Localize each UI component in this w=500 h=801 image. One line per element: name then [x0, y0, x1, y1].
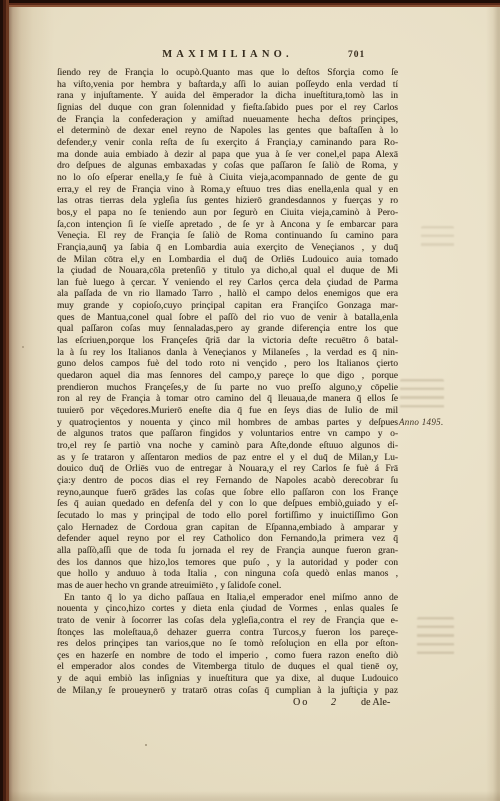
text-line: y quatroçientos y nouenta y çinco mil ho…: [57, 418, 398, 430]
text-line: ſa,con intençion ſi ſe vieſſe apretado ,…: [57, 220, 398, 232]
text-line: ques de Mantua,conel qual ſobre el paſſò…: [57, 313, 398, 325]
text-line: muy grande y copioſo,cuyo prinçipal capi…: [57, 301, 398, 313]
text-line: ma donde auia embiado à dezir al papa qu…: [57, 150, 398, 162]
text-line: el emperador alos condes de Vitemberga t…: [57, 662, 398, 674]
text-line: de Milan,y ſe proueynerō y tratarō otras…: [57, 686, 398, 698]
book-binding-gutter: [0, 0, 9, 801]
text-line: prendieron muchos Françeſes,y de ſu part…: [57, 383, 398, 395]
text-line: erra,y el rey de Françia vino à Roma,y e…: [57, 185, 398, 197]
margin-note-anno: Anno 1495.: [399, 417, 444, 427]
running-title: MAXIMILIANO.: [162, 49, 293, 60]
text-line: Veneçia. El rey de Françia ſe ſaliò de R…: [57, 231, 398, 243]
text-line: çes en hazerſe en nombre de todo el impe…: [57, 651, 398, 663]
text-line: guno delos campos fuè del todo roto ni v…: [57, 359, 398, 371]
text-line: de Françia la confederaçion y amiſtad nu…: [57, 115, 398, 127]
text-line: ha viſto,venia por hembra y baſtarda,y a…: [57, 80, 398, 92]
show-through-marks: [421, 226, 454, 251]
text-line: la çiudad de Nouara,cōla pretenſiō y tit…: [57, 266, 398, 278]
text-line: ala paſſada de vn rio llamado Tarro , ha…: [57, 289, 398, 301]
text-line: ſes q̄ auian quedado en defenſa del y co…: [57, 499, 398, 511]
text-line: des los dannos que hizo,los temores que …: [57, 558, 398, 570]
paper-speck: [375, 173, 377, 175]
body-text: ſiendo rey de Françia lo ocupò.Quanto ma…: [57, 68, 398, 697]
text-line: tro,el rey ſe partiò vna noche y caminò …: [57, 441, 398, 453]
text-line: çia:y dentro de pocos dias el rey Fernan…: [57, 476, 398, 488]
text-line: Françia,aunq̄ ya ſabia q̄ en Lombardia a…: [57, 243, 398, 255]
text-line: alla paſſò,aſſi que de toda ſu jornada e…: [57, 546, 398, 558]
signature-number: 2: [331, 697, 336, 708]
text-line: ſignias del duque con gran ſolennidad y …: [57, 103, 398, 115]
text-line: ſtonçes las moleſtaua,ô dehazer guerra c…: [57, 628, 398, 640]
text-line: douico duq̄ de Orliēs vuo de entregar à …: [57, 464, 398, 476]
text-line: que hollo y anduuo à toda Italia , con n…: [57, 569, 398, 581]
page-number: 701: [348, 50, 365, 60]
running-head: MAXIMILIANO.: [57, 49, 398, 60]
book-cover-edge-top: [0, 0, 500, 7]
show-through-marks: [417, 617, 454, 660]
signature-line: Oo 2 de Ale-: [57, 697, 398, 710]
text-line: reyno,aunque fuerō grādes las coſas que …: [57, 488, 398, 500]
text-line: ſecutado lo mas y prinçipal de todo ello…: [57, 511, 398, 523]
paper-speck: [145, 744, 147, 746]
text-line: rana y injuſtamente. Y auida del ēmperad…: [57, 91, 398, 103]
text-line: ſiendo rey de Françia lo ocupò.Quanto ma…: [57, 68, 398, 80]
text-line: trato de venir à ſocorrer las coſas dela…: [57, 616, 398, 628]
text-line: mas de auer hecho vn grande atreuimiēto …: [57, 581, 398, 593]
text-line: y de aqui embiò las inſignias y inueſtit…: [57, 674, 398, 686]
text-line: çalo Hernadez de Cordoua gran capitan de…: [57, 523, 398, 535]
text-line: as y ſe trataron y aſſentaron medios de …: [57, 453, 398, 465]
text-line: las otras tierras dela ygleſia ſus gente…: [57, 196, 398, 208]
text-line: bos,y el papa no ſe teniendo aun por ſeg…: [57, 208, 398, 220]
text-line: quedaron aquel dia mas ſennores del camp…: [57, 371, 398, 383]
text-line: res delos prinçipes tan varios,que no ſe…: [57, 639, 398, 651]
text-line: lan fuè luego à çercar. Y veniendo el re…: [57, 278, 398, 290]
catchword: de Ale-: [361, 697, 390, 708]
text-line: qual paſſaron coſas muy ſennaladas,pero …: [57, 324, 398, 336]
text-line: tuuierō por vēçedores.Murierō eneſte dia…: [57, 406, 398, 418]
text-line: las eſcriuen,porque los Françeſes q̄riā …: [57, 336, 398, 348]
text-line: la à ſu rey los Italianos danla à Veneçi…: [57, 348, 398, 360]
text-line: de algunos tratos que paſſaron fingidos …: [57, 429, 398, 441]
text-line: ron al rey de Françia à tomar otro camin…: [57, 394, 398, 406]
text-line: defender aquel reyno por el rey Catholic…: [57, 534, 398, 546]
text-line: defender,y venir conla reſta de ſu exerç…: [57, 138, 398, 150]
text-line: no lo oſo eſperar enella,y ſe fuè à Ciui…: [57, 173, 398, 185]
text-line: En tanto q̄ lo ya dicho paſſaua en Itali…: [57, 593, 398, 605]
signature-mark: Oo: [293, 697, 309, 708]
text-line: dro deſpues de algunas embaxadas y coſas…: [57, 161, 398, 173]
book-page: MAXIMILIANO. 701 ſiendo rey de Françia l…: [0, 0, 500, 801]
paper-speck: [22, 346, 24, 348]
text-line: de Milan cōtra el,y en Lombardia el duq̄…: [57, 255, 398, 267]
text-line: nouenta y çinco,hizo cortes y dieta enla…: [57, 604, 398, 616]
show-through-marks: [400, 379, 444, 410]
text-line: el determinò de dexar enel reyno de Napo…: [57, 126, 398, 138]
